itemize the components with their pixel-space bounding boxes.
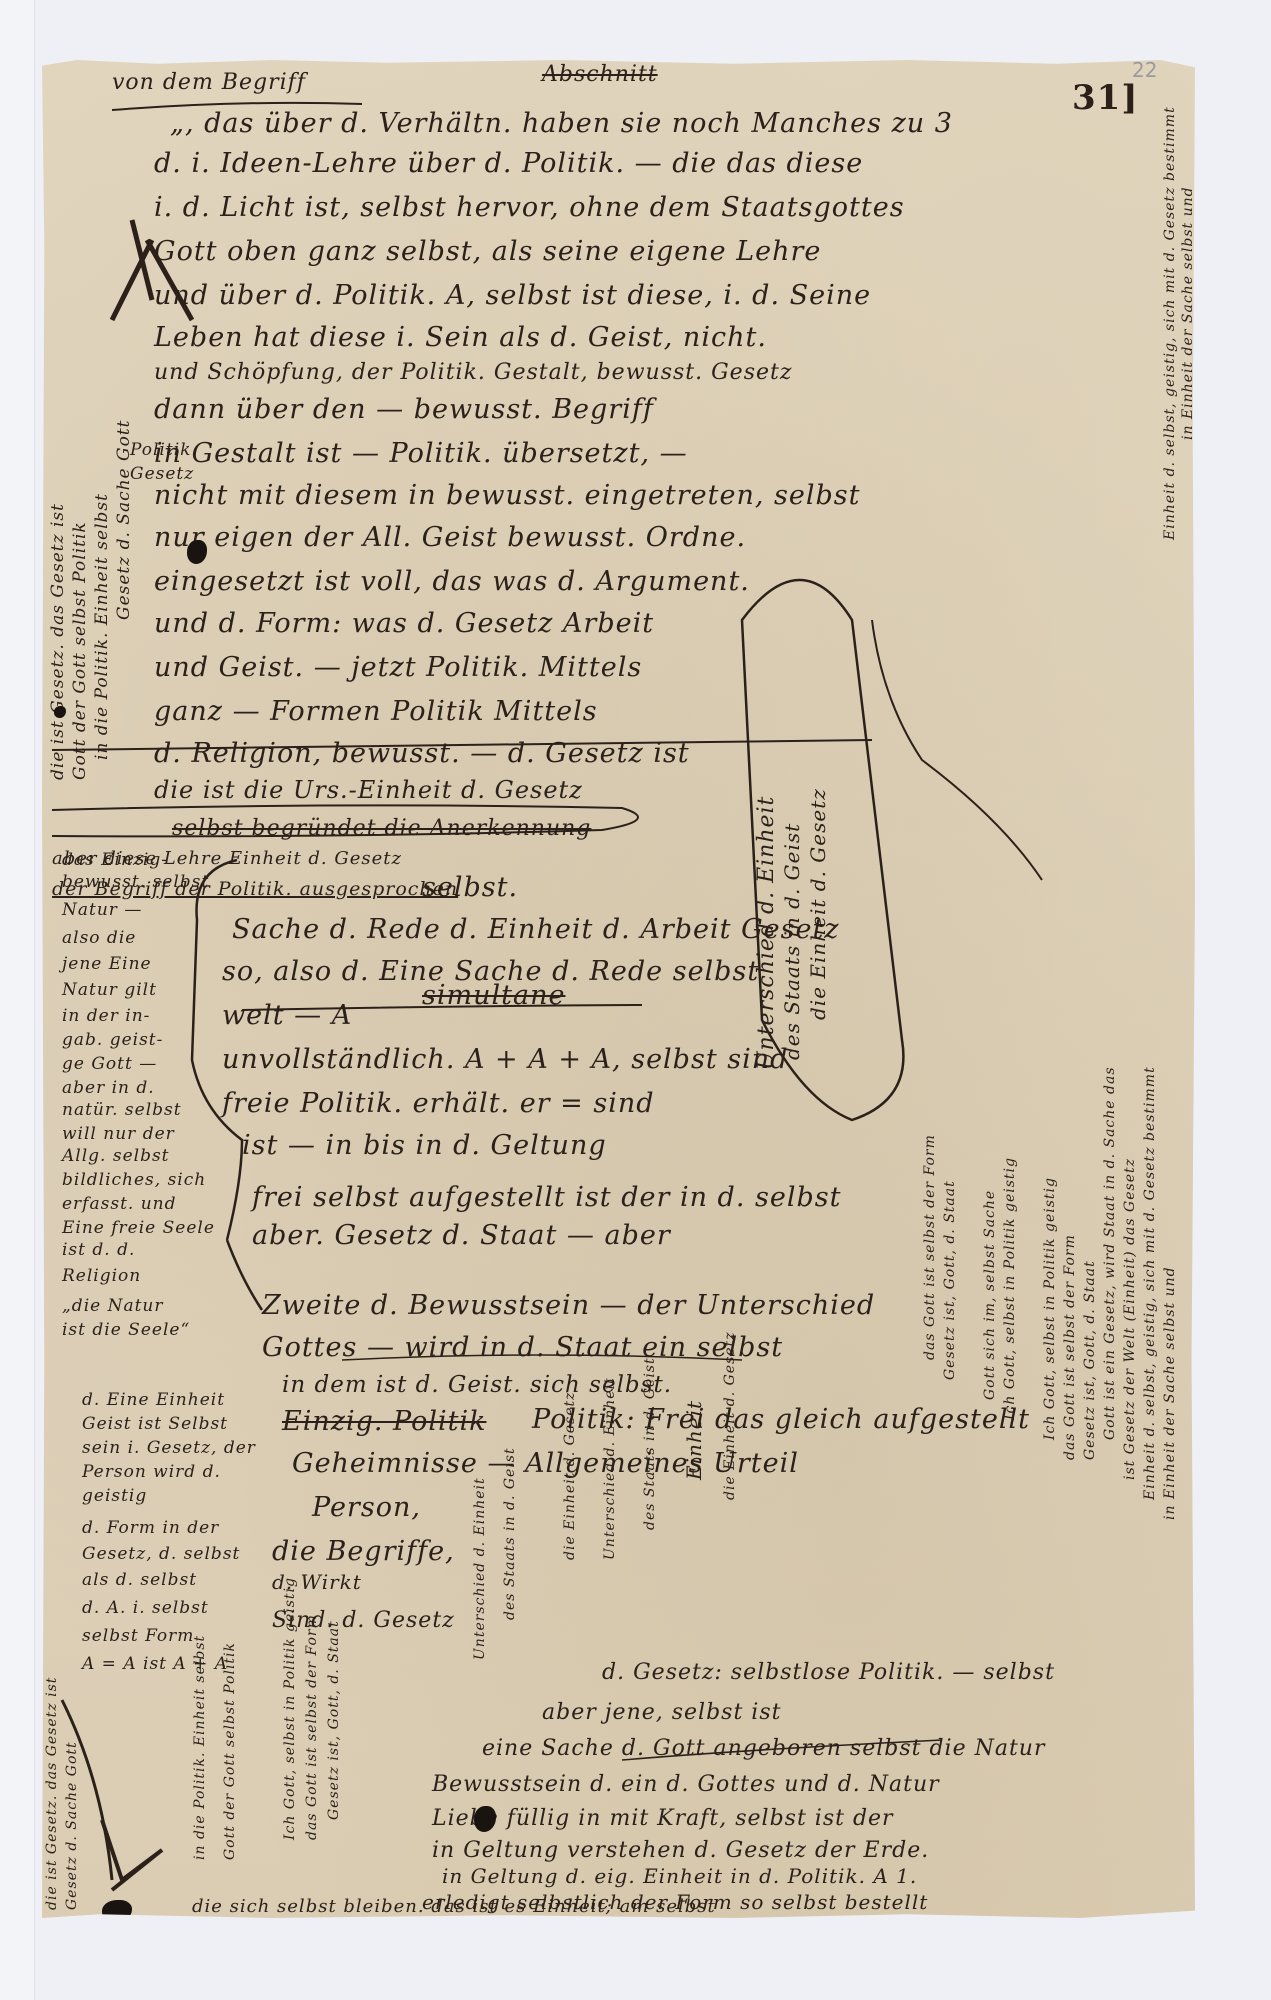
caret-mark-icon	[112, 220, 192, 320]
scan-background-edge	[0, 0, 35, 2000]
ink-blot	[102, 1900, 132, 1922]
ink-strokes	[42, 60, 1195, 1918]
manuscript-page: 22 31] von dem Begriff Abschnitt „, das …	[42, 60, 1195, 1918]
